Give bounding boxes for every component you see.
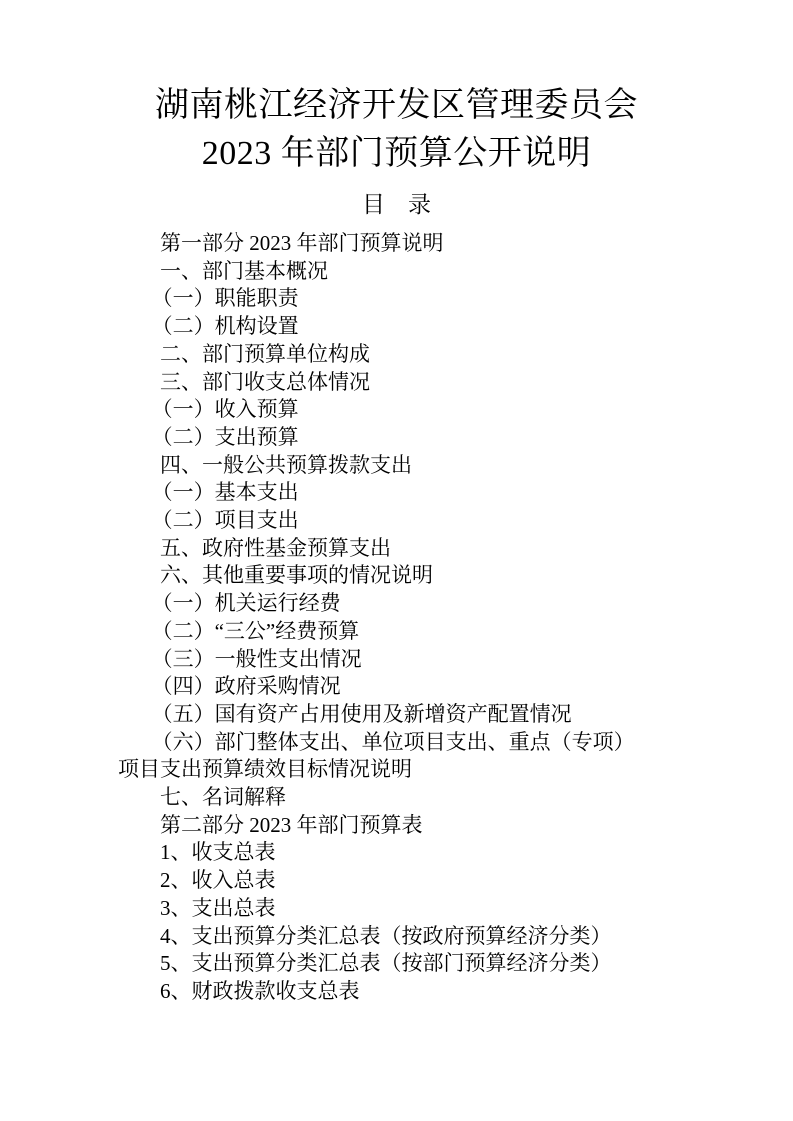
title-line-2: 2023 年部门预算公开说明 (118, 130, 675, 178)
toc-line: 第二部分 2023 年部门预算表 (118, 812, 675, 840)
document-title: 湖南桃江经济开发区管理委员会 2023 年部门预算公开说明 (118, 82, 675, 178)
toc-line: 四、一般公共预算拨款支出 (118, 452, 675, 480)
toc-line: （四）政府采购情况 (118, 673, 675, 701)
toc-list: 第一部分 2023 年部门预算说明一、部门基本概况（一）职能职责（二）机构设置二… (118, 230, 675, 1006)
toc-line: 三、部门收支总体情况 (118, 369, 675, 397)
toc-line: 一、部门基本概况 (118, 258, 675, 286)
toc-line: （一）基本支出 (118, 479, 675, 507)
toc-line: （六）部门整体支出、单位项目支出、重点（专项） (118, 729, 675, 757)
toc-line: （二）机构设置 (118, 313, 675, 341)
document-page: 湖南桃江经济开发区管理委员会 2023 年部门预算公开说明 目 录 第一部分 2… (0, 0, 793, 1121)
toc-line: 五、政府性基金预算支出 (118, 535, 675, 563)
toc-line: （一）职能职责 (118, 285, 675, 313)
toc-heading: 目 录 (118, 190, 675, 220)
title-line-1: 湖南桃江经济开发区管理委员会 (118, 82, 675, 130)
toc-line: 二、部门预算单位构成 (118, 341, 675, 369)
toc-line: 3、支出总表 (118, 895, 675, 923)
toc-line: 第一部分 2023 年部门预算说明 (118, 230, 675, 258)
toc-line: 6、财政拨款收支总表 (118, 978, 675, 1006)
toc-line: 2、收入总表 (118, 867, 675, 895)
toc-line: （五）国有资产占用使用及新增资产配置情况 (118, 701, 675, 729)
toc-line: （二）“三公”经费预算 (118, 618, 675, 646)
toc-line: 六、其他重要事项的情况说明 (118, 562, 675, 590)
toc-line: 七、名词解释 (118, 784, 675, 812)
toc-line: 1、收支总表 (118, 839, 675, 867)
toc-line: 5、支出预算分类汇总表（按部门预算经济分类） (118, 950, 675, 978)
toc-line: （二）支出预算 (118, 424, 675, 452)
toc-line: 项目支出预算绩效目标情况说明 (118, 756, 675, 784)
toc-line: （三）一般性支出情况 (118, 646, 675, 674)
toc-line: （一）收入预算 (118, 396, 675, 424)
toc-line: （一）机关运行经费 (118, 590, 675, 618)
toc-line: 4、支出预算分类汇总表（按政府预算经济分类） (118, 923, 675, 951)
toc-line: （二）项目支出 (118, 507, 675, 535)
